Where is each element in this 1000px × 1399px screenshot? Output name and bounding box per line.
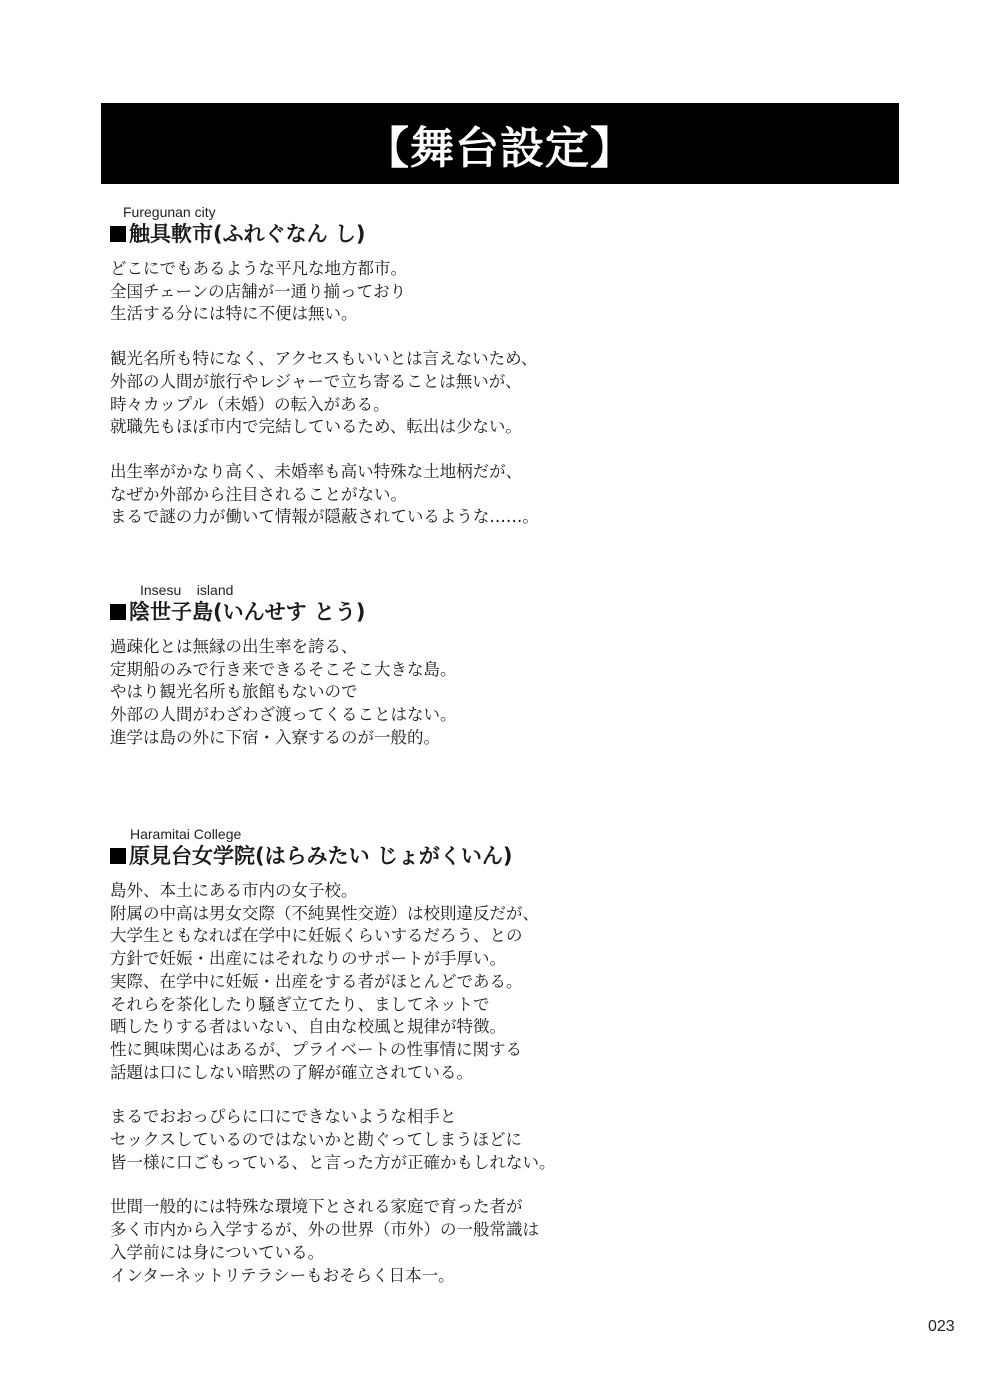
text-line: 方針で妊娠・出産にはそれなりのサポートが手厚い。 — [110, 948, 556, 971]
text-line: 外部の人間がわざわざ渡ってくることはない。 — [110, 704, 457, 727]
section-heading: 陰世子島(いんせす とう) — [110, 599, 457, 625]
text-line: 定期船のみで行き来できるそこそこ大きな島。 — [110, 659, 457, 682]
section-insesu-island: Insesu island 陰世子島(いんせす とう) 過疎化とは無縁の出生率を… — [110, 582, 457, 750]
text-line: 就職先もほぼ市内で完結しているため、転出は少ない。 — [110, 416, 539, 439]
square-bullet-icon — [110, 604, 126, 620]
section-romaji: Insesu island — [110, 582, 457, 598]
page-title: 【舞台設定】 — [365, 112, 635, 176]
text-line: 入学前には身についている。 — [110, 1242, 556, 1265]
paragraph: 過疎化とは無縁の出生率を誇る、 定期船のみで行き来できるそこそこ大きな島。 やは… — [110, 636, 457, 750]
text-line: 観光名所も特になく、アクセスもいいとは言えないため、 — [110, 348, 539, 371]
section-heading: 触具軟市(ふれぐなん し) — [110, 221, 539, 247]
text-line: まるでおおっぴらに口にできないような相手と — [110, 1106, 556, 1129]
text-line: 話題は口にしない暗黙の了解が確立されている。 — [110, 1062, 556, 1085]
section-romaji: Furegunan city — [110, 204, 539, 220]
paragraph: 島外、本土にある市内の女子校。 附属の中高は男女交際（不純異性交遊）は校則違反だ… — [110, 880, 556, 1084]
paragraph: 観光名所も特になく、アクセスもいいとは言えないため、 外部の人間が旅行やレジャー… — [110, 348, 539, 439]
section-heading: 原見台女学院(はらみたい じょがくいん) — [110, 843, 556, 869]
paragraph: 出生率がかなり高く、未婚率も高い特殊な土地柄だが、 なぜか外部から注目されること… — [110, 461, 539, 529]
text-line: 晒したりする者はいない、自由な校風と規律が特徴。 — [110, 1016, 556, 1039]
section-haramitai-college: Haramitai College 原見台女学院(はらみたい じょがくいん) 島… — [110, 826, 556, 1287]
paragraph: まるでおおっぴらに口にできないような相手と セックスしているのではないかと勘ぐっ… — [110, 1106, 556, 1174]
text-line: やはり観光名所も旅館もないので — [110, 681, 457, 704]
text-line: それらを茶化したり騒ぎ立てたり、ましてネットで — [110, 994, 556, 1017]
section-furegunan-city: Furegunan city 触具軟市(ふれぐなん し) どこにでもあるような平… — [110, 204, 539, 529]
text-line: 全国チェーンの店舗が一通り揃っており — [110, 281, 539, 304]
text-line: 附属の中高は男女交際（不純異性交遊）は校則違反だが、 — [110, 903, 556, 926]
text-line: 皆一様に口ごもっている、と言った方が正確かもしれない。 — [110, 1152, 556, 1175]
text-line: 性に興味関心はあるが、プライベートの性事情に関する — [110, 1039, 556, 1062]
text-line: 過疎化とは無縁の出生率を誇る、 — [110, 636, 457, 659]
section-heading-text: 触具軟市(ふれぐなん し) — [129, 221, 366, 247]
text-line: 進学は島の外に下宿・入寮するのが一般的。 — [110, 727, 457, 750]
text-line: 時々カップル（未婚）の転入がある。 — [110, 394, 539, 417]
text-line: インターネットリテラシーもおそらく日本一。 — [110, 1265, 556, 1288]
text-line: 出生率がかなり高く、未婚率も高い特殊な土地柄だが、 — [110, 461, 539, 484]
paragraph: どこにでもあるような平凡な地方都市。 全国チェーンの店舗が一通り揃っており 生活… — [110, 258, 539, 326]
section-heading-text: 陰世子島(いんせす とう) — [129, 599, 366, 625]
page-number: 023 — [928, 1318, 955, 1336]
text-line: 大学生ともなれば在学中に妊娠くらいするだろう、との — [110, 925, 556, 948]
text-line: まるで謎の力が働いて情報が隠蔽されているような……。 — [110, 506, 539, 529]
text-line: 外部の人間が旅行やレジャーで立ち寄ることは無いが、 — [110, 371, 539, 394]
text-line: 島外、本土にある市内の女子校。 — [110, 880, 556, 903]
title-banner: 【舞台設定】 — [101, 103, 899, 184]
paragraph: 世間一般的には特殊な環境下とされる家庭で育った者が 多く市内から入学するが、外の… — [110, 1196, 556, 1287]
text-line: 多く市内から入学するが、外の世界（市外）の一般常識は — [110, 1219, 556, 1242]
section-romaji: Haramitai College — [110, 826, 556, 842]
text-line: セックスしているのではないかと勘ぐってしまうほどに — [110, 1129, 556, 1152]
text-line: 世間一般的には特殊な環境下とされる家庭で育った者が — [110, 1196, 556, 1219]
square-bullet-icon — [110, 848, 126, 864]
section-heading-text: 原見台女学院(はらみたい じょがくいん) — [129, 843, 513, 869]
square-bullet-icon — [110, 226, 126, 242]
text-line: なぜか外部から注目されることがない。 — [110, 484, 539, 507]
text-line: どこにでもあるような平凡な地方都市。 — [110, 258, 539, 281]
text-line: 生活する分には特に不便は無い。 — [110, 303, 539, 326]
text-line: 実際、在学中に妊娠・出産をする者がほとんどである。 — [110, 971, 556, 994]
